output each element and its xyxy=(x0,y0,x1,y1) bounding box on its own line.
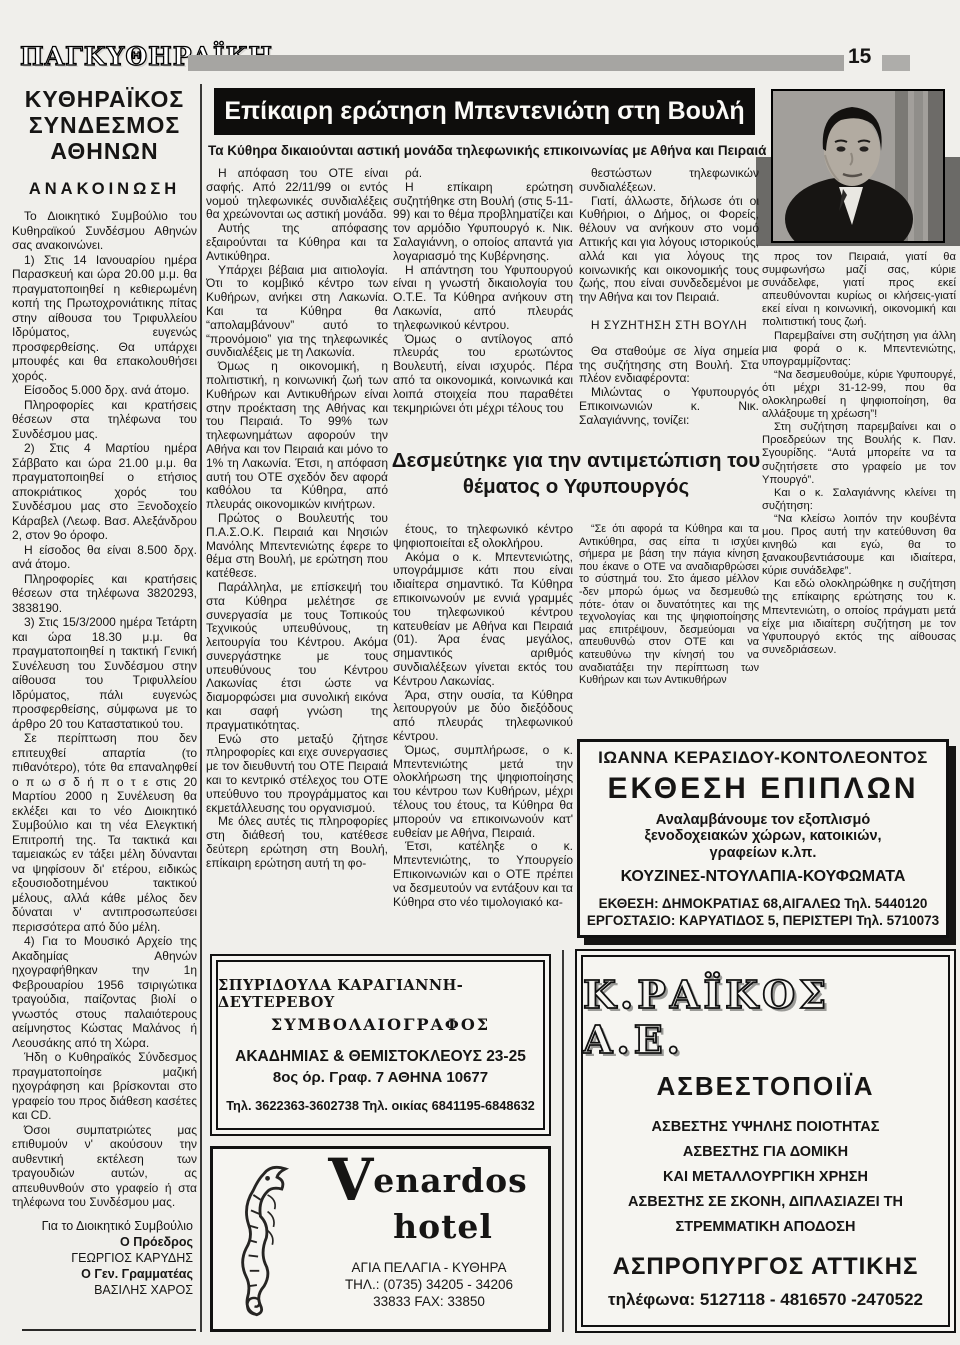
notary-name: ΣΠΥΡΙΔΟΥΛΑ ΚΑΡΑΓΙΑΝΝΗ-ΔΕΥΤΕΡΕΒΟΥ xyxy=(218,977,543,1011)
page-number: 15 xyxy=(848,45,871,69)
article-column-3-lead: θεστώστων τηλεφωνικών συνδιαλέξεων.Γιατί… xyxy=(579,167,759,305)
announcement-body: Το Διοικητικό Συμβούλιο του Κυθηραϊκού Σ… xyxy=(12,209,197,1210)
furniture-ad-factory: ΕΡΓΟΣΤΑΣΙΟ: ΚΑΡΥΑΤΙΔΟΣ 5, ΠΕΡΙΣΤΕΡΙ Τηλ.… xyxy=(587,912,939,929)
hotel-name-initial: V xyxy=(328,1146,373,1214)
article-headline-bar: Επίκαιρη ερώτηση Μπεντενιώτη στη Βουλή xyxy=(214,88,755,135)
hotel-name: Venardos xyxy=(313,1151,543,1209)
lime-works-ad: Κ.ΡΑΪΚΟΣ Α.Ε. ΑΣΒΕΣΤΟΠΟΙΪΑ ΑΣΒΕΣΤΗΣ ΥΨΗΛ… xyxy=(575,949,956,1333)
header-rule-bar xyxy=(188,55,844,71)
notary-address-line1: ΑΚΑΔΗΜΙΑΣ & ΘΕΜΙΣΤΟΚΛΕΟΥΣ 23-25 xyxy=(235,1048,526,1066)
politician-portrait-photo xyxy=(771,89,945,243)
article-column-2-bottom: έτους, το τηλεφωνικό κέντρο ψηφιοποιείτα… xyxy=(393,523,573,947)
president-name: ΓΕΩΡΓΙΟΣ ΚΑΡΥΔΗΣ xyxy=(12,1250,193,1266)
hotel-location: ΑΓΙΑ ΠΕΛΑΓΙΑ - ΚΥΘΗΡΑ xyxy=(313,1259,545,1276)
portrait-illustration xyxy=(773,91,943,241)
article-deck: Τα Κύθηρα δικαιούνται αστική μονάδα τηλε… xyxy=(208,143,759,158)
notary-address-line2: 8ος όρ. Γραφ. 7 ΑΘΗΝΑ 10677 xyxy=(273,1069,488,1086)
lime-works-location: ΑΣΠΡΟΠΥΡΓΟΣ ΑΤΤΙΚΗΣ xyxy=(613,1253,919,1281)
notary-ad-frame: ΣΠΥΡΙΔΟΥΛΑ ΚΑΡΑΓΙΑΝΝΗ-ΔΕΥΤΕΡΕΒΟΥ ΣΥΜΒΟΛΑ… xyxy=(216,960,545,1130)
article-column-3-top: θεστώστων τηλεφωνικών συνδιαλέξεων.Γιατί… xyxy=(579,167,759,446)
hotel-name-rest: enardos xyxy=(373,1161,527,1200)
newspaper-page: ΠΑΓΚΥΘΗΡΑΪΚΗ 15 ΚΥΘΗΡΑΪΚΟΣΣΥΝΔΕΣΜΟΣΑΘΗΝΩ… xyxy=(0,0,960,1345)
hotel-contact: ΑΓΙΑ ΠΕΛΑΓΙΑ - ΚΥΘΗΡΑ ΤΗΛ.: (0735) 34205… xyxy=(313,1259,545,1310)
secretary-title: Ο Γεν. Γραμματέας xyxy=(12,1266,193,1282)
hotel-name-word2: hotel xyxy=(343,1207,543,1246)
president-title: Ο Πρόεδρος xyxy=(12,1234,193,1250)
hotel-phone-line1: ΤΗΛ.: (0735) 34205 - 34206 xyxy=(313,1276,545,1293)
announcement-heading: ΑΝΑΚΟΙΝΩΣΗ xyxy=(12,180,197,199)
notary-phones: Τηλ. 3622363-3602738 Τηλ. οικίας 6841195… xyxy=(226,1098,535,1113)
section-header: Η ΣΥΖΗΤΗΣΗ ΣΤΗ ΒΟΥΛΗ xyxy=(579,319,759,333)
article-column-4: προς τον Πειραιά, γιατί θα συμφωνήσω μαζ… xyxy=(762,251,956,697)
furniture-ad-title: ΕΚΘΕΣΗ ΕΠΙΠΛΩΝ xyxy=(607,772,918,806)
hotel-phone-line2: 33833 FAX: 33850 xyxy=(313,1293,545,1310)
article-column-2-top: ρά.Η επίκαιρη ερώτηση συζητήθηκε στη Βου… xyxy=(393,167,573,446)
article-column-3-quote: “Σε ότι αφορά τα Κύθηρα και τα Αντικύθηρ… xyxy=(579,523,759,735)
article-column-3-after: Θα σταθούμε σε λίγα σημεία της συζήτησης… xyxy=(579,345,759,428)
lime-works-frame: Κ.ΡΑΪΚΟΣ Α.Ε. ΑΣΒΕΣΤΟΠΟΙΪΑ ΑΣΒΕΣΤΗΣ ΥΨΗΛ… xyxy=(581,955,950,1327)
left-column-bottom-rule xyxy=(22,1329,196,1331)
lime-works-phones: τηλέφωνα: 5127118 - 4816570 -2470522 xyxy=(608,1290,923,1310)
lime-works-company: Κ.ΡΑΪΚΟΣ Α.Ε. xyxy=(583,972,948,1062)
left-column-divider xyxy=(200,84,202,1332)
furniture-ad-products: ΚΟΥΖΙΝΕΣ-ΝΤΟΥΛΑΠΙΑ-ΚΟΥΦΩΜΑΤΑ xyxy=(621,868,906,886)
signoff-line: Για το Διοικητικό Συμβούλιο xyxy=(12,1218,193,1234)
furniture-ad-description: Αναλαμβάνουμε τον εξοπλισμόξενοδοχειακών… xyxy=(644,812,881,862)
article-column-1: Η απόφαση του ΟΤΕ είναι σαφής. Από 22/11… xyxy=(206,167,388,948)
hotel-ad: Venardos hotel ΑΓΙΑ ΠΕΛΑΓΙΑ - ΚΥΘΗΡΑ ΤΗΛ… xyxy=(210,1146,551,1332)
organization-title: ΚΥΘΗΡΑΪΚΟΣΣΥΝΔΕΣΜΟΣΑΘΗΝΩΝ xyxy=(12,86,197,164)
notary-profession: ΣΥΜΒΟΛΑΙΟΓΡΑΦΟΣ xyxy=(271,1015,490,1034)
announcement-column: ΚΥΘΗΡΑΪΚΟΣΣΥΝΔΕΣΜΟΣΑΘΗΝΩΝ ΑΝΑΚΟΙΝΩΣΗ Το … xyxy=(12,86,197,1298)
furniture-ad-showroom: ΕΚΘΕΣΗ: ΔΗΜΟΚΡΑΤΙΑΣ 68,ΑΙΓΑΛΕΩ Τηλ. 5440… xyxy=(599,895,928,912)
header-rule-end-block xyxy=(882,55,910,71)
lime-works-title: ΑΣΒΕΣΤΟΠΟΙΪΑ xyxy=(657,1071,875,1102)
notary-ad: ΣΠΥΡΙΔΟΥΛΑ ΚΑΡΑΓΙΑΝΝΗ-ΔΕΥΤΕΡΕΒΟΥ ΣΥΜΒΟΛΑ… xyxy=(210,954,551,1136)
seahorse-illustration xyxy=(227,1157,301,1323)
article-crosshead: Δεσμεύτηκε για την αντιμετώπιση του θέμα… xyxy=(391,448,761,518)
furniture-ad-owner: ΙΩΑΝΝΑ ΚΕΡΑΣΙΔΟΥ-ΚΟΝΤΟΛΕΟΝΤΟΣ xyxy=(598,748,928,768)
ads-column-divider xyxy=(562,950,564,1332)
secretary-name: ΒΑΣΙΛΗΣ ΧΑΡΟΣ xyxy=(12,1282,193,1298)
article-headline: Επίκαιρη ερώτηση Μπεντενιώτη στη Βουλή xyxy=(224,97,744,126)
lime-works-products: ΑΣΒΕΣΤΗΣ ΥΨΗΛΗΣ ΠΟΙΟΤΗΤΑΣΑΣΒΕΣΤΗΣ ΓΙΑ ΔΟ… xyxy=(628,1110,903,1244)
furniture-ad: ΙΩΑΝΝΑ ΚΕΡΑΣΙΔΟΥ-ΚΟΝΤΟΛΕΟΝΤΟΣ ΕΚΘΕΣΗ ΕΠΙ… xyxy=(577,739,949,938)
announcement-signoff: Για το Διοικητικό Συμβούλιο Ο Πρόεδρος Γ… xyxy=(12,1218,197,1298)
